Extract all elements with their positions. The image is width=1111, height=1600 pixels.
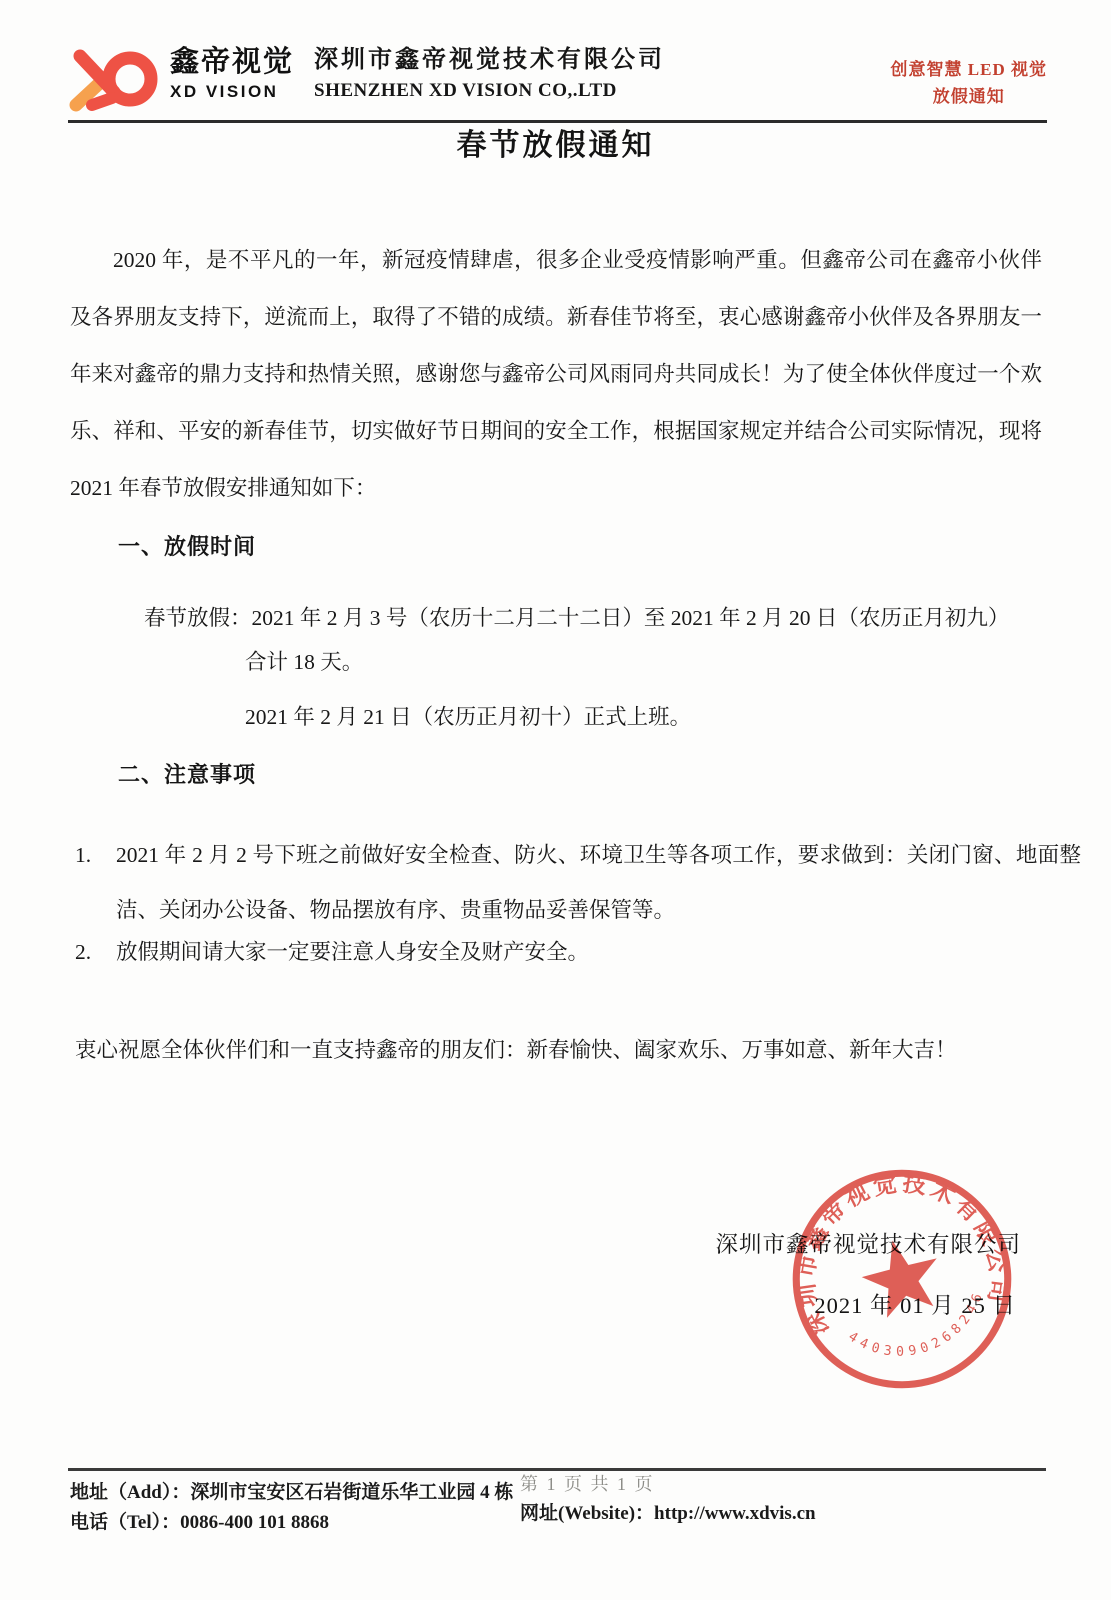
website-label: 网址(Website)： — [520, 1503, 654, 1524]
signature-date: 2021 年 01 月 25 日 — [814, 1288, 1016, 1320]
footer-website-line: 网址(Website)：http://www.xdvis.cn — [520, 1498, 816, 1525]
closing-wishes: 衷心祝愿全体伙伴们和一直支持鑫帝的朋友们：新春愉快、阖家欢乐、万事如意、新年大吉… — [75, 1033, 1055, 1064]
intro-paragraph: 2020 年，是不平凡的一年，新冠疫情肆虐，很多企业受疫情影响严重。但鑫帝公司在… — [70, 232, 1042, 517]
item-number: 2. — [75, 925, 116, 980]
company-name-en: SHENZHEN XD VISION CO,.LTD — [314, 81, 665, 100]
official-seal-stamp-icon: 深圳市鑫帝视觉技术有限公司 4403090268246 — [780, 1157, 1024, 1401]
document-title: 春节放假通知 — [0, 120, 1111, 164]
item-text: 放假期间请大家一定要注意人身安全及财产安全。 — [116, 940, 589, 964]
slogan-line-2: 放假通知 — [891, 83, 1047, 110]
return-to-work-line: 2021 年 2 月 21 日（农历正月初十）正式上班。 — [245, 700, 691, 731]
section1-heading: 一、放假时间 — [118, 530, 256, 561]
logo-en-text: XD VISION — [170, 83, 294, 100]
tel-label: 电话（Tel）： — [70, 1512, 180, 1533]
address-value: 深圳市宝安区石岩街道乐华工业园 4 栋 — [190, 1482, 513, 1503]
footer-address-line: 地址（Add）：深圳市宝安区石岩街道乐华工业园 4 栋 — [70, 1478, 513, 1508]
signature-company: 深圳市鑫帝视觉技术有限公司 — [715, 1227, 1021, 1259]
holiday-dates-line: 春节放假：2021 年 2 月 3 号（农历十二月二十二日）至 2021 年 2… — [144, 601, 1009, 632]
xd-vision-logo-icon — [68, 48, 166, 112]
notice-item-1: 1.2021 年 2 月 2 号下班之前做好安全检查、防火、环境卫生等各项工作，… — [75, 828, 1081, 938]
address-label: 地址（Add）： — [70, 1482, 190, 1503]
header-slogan: 创意智慧 LED 视觉 放假通知 — [891, 56, 1047, 110]
website-url: http://www.xdvis.cn — [654, 1503, 816, 1524]
item-text: 2021 年 2 月 2 号下班之前做好安全检查、防火、环境卫生等各项工作，要求… — [116, 843, 1081, 922]
page-number: 第 1 页 共 1 页 — [520, 1470, 655, 1496]
footer-tel-line: 电话（Tel）：0086-400 101 8868 — [70, 1508, 513, 1538]
company-name-cn: 深圳市鑫帝视觉技术有限公司 — [314, 48, 665, 72]
holiday-notice-document: 鑫帝视觉 XD VISION 深圳市鑫帝视觉技术有限公司 SHENZHEN XD… — [0, 0, 1111, 1600]
holiday-total-line: 合计 18 天。 — [245, 645, 363, 676]
footer-contact-block: 地址（Add）：深圳市宝安区石岩街道乐华工业园 4 栋 电话（Tel）：0086… — [70, 1478, 513, 1538]
item-number: 1. — [75, 828, 116, 883]
logo-wordmark: 鑫帝视觉 XD VISION — [170, 48, 294, 100]
slogan-line-1: 创意智慧 LED 视觉 — [891, 56, 1047, 83]
tel-value: 0086-400 101 8868 — [180, 1512, 329, 1533]
notice-item-2: 2.放假期间请大家一定要注意人身安全及财产安全。 — [75, 925, 1081, 980]
company-name-block: 深圳市鑫帝视觉技术有限公司 SHENZHEN XD VISION CO,.LTD — [314, 48, 665, 100]
section2-heading: 二、注意事项 — [118, 758, 256, 789]
logo-cn-text: 鑫帝视觉 — [170, 48, 294, 77]
letterhead: 鑫帝视觉 XD VISION 深圳市鑫帝视觉技术有限公司 SHENZHEN XD… — [68, 48, 1047, 123]
